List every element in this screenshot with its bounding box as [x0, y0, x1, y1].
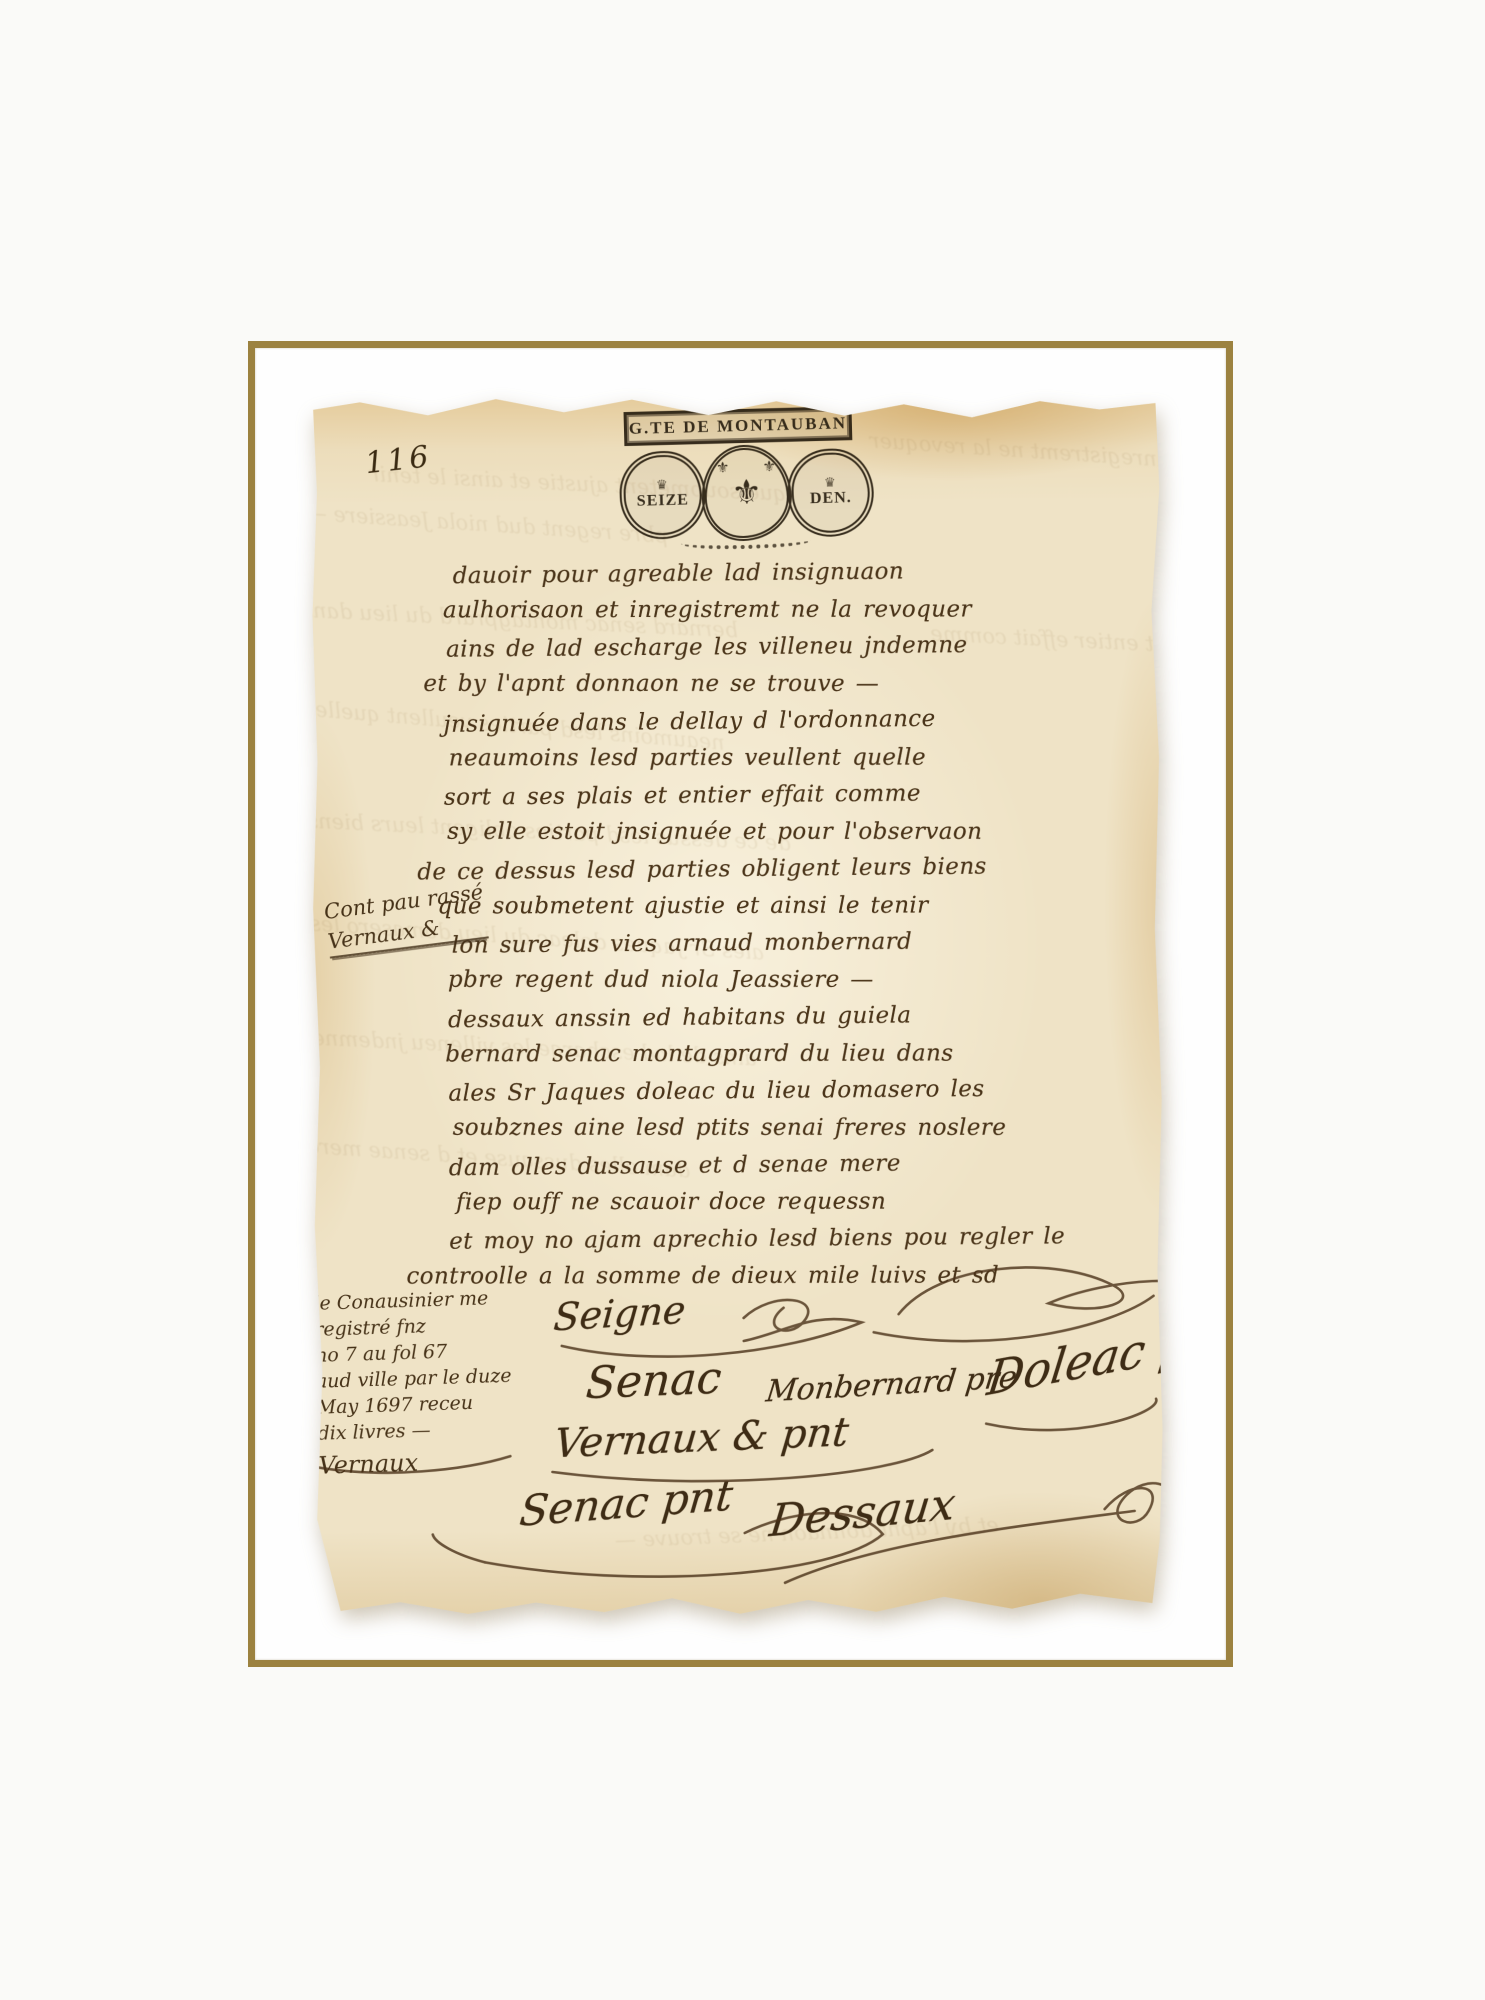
crown-icon: ♛: [656, 480, 669, 492]
flourish-tail: [433, 1534, 485, 1562]
fleur-de-lis-icon: ⚜: [716, 458, 730, 476]
crown-icon: ♛: [824, 478, 837, 490]
manuscript-line: dauoir pour agreable lad insignuaon: [453, 551, 1103, 595]
manuscript-line: jnsignuée dans le dellay d l'ordonnance: [443, 699, 1103, 744]
manuscript-line: fiep ouff ne scauoir doce requessn: [456, 1183, 1106, 1221]
flourish-knot: [744, 1300, 809, 1331]
manuscript-line: et by l'apnt donnaon ne se trouve —: [423, 666, 1103, 703]
stamp-left-value: SEIZE: [637, 491, 690, 510]
signature: Dessaux: [767, 1478, 958, 1547]
manuscript-line: que soubmetent ajustie et ainsi le tenir: [437, 887, 1104, 925]
fleur-de-lis-icon: ⚜: [762, 457, 776, 475]
manuscript-line: ains de lad escharge les villeneu jndemn…: [446, 626, 1103, 669]
manuscript-line: neaumoins lesd parties veullent quelle: [449, 739, 1104, 777]
signature: Seigne: [552, 1288, 687, 1340]
manuscript-line: sy elle estoit jnsignuée et pour l'obser…: [447, 814, 1104, 851]
document-paper-wrapper: pbre regent dud niola Jeassiere —bernard…: [309, 391, 1165, 1617]
signature: Vernaux & pnt: [552, 1409, 851, 1467]
photograph-of-antique-document: { "document": { "inventory_number": "116…: [0, 0, 1485, 2000]
flourish-underline: [986, 1399, 1156, 1431]
manuscript-line: bernard senac montagprard du lieu dans: [445, 1035, 1105, 1073]
folio-number: 116: [363, 439, 433, 481]
body-text: dauoir pour agreable lad insignuaonaulho…: [403, 553, 1107, 1297]
antique-paper-sheet: pbre regent dud niola Jeassiere —bernard…: [309, 391, 1165, 1617]
manuscript-line: de ce dessus lesd parties obligent leurs…: [417, 847, 1104, 891]
manuscript-line: sort a ses plais et entier effait comme: [444, 774, 1104, 817]
stamp-left-medallion: ♛ SEIZE: [619, 450, 707, 540]
signature: Senac pnt: [517, 1470, 735, 1536]
fiscal-tax-stamp: G.TE DE MONTAUBAN ♛ SEIZE ⚜ ⚜ ⚜ ♛ DEN.: [608, 405, 881, 547]
manuscript-line: pbre regent dud niola Jeassiere —: [448, 962, 1105, 999]
stamp-right-value: DEN.: [810, 489, 852, 508]
fleur-de-lis-icon: ⚜: [731, 478, 762, 509]
stamp-base-ornament: [681, 533, 811, 550]
margin-note-line: dix livres —: [317, 1415, 513, 1447]
manuscript-line: dam olles dussause et d senae mere: [449, 1143, 1106, 1187]
margin-note-lower: le Conausinier meregistré fnzno 7 au fol…: [313, 1285, 514, 1479]
manuscript-line: dessaux anssin ed habitans du guiela: [448, 995, 1105, 1039]
stamp-right-medallion: ♛ DEN.: [787, 448, 875, 538]
stamp-header-banner: G.TE DE MONTAUBAN: [624, 406, 853, 446]
manuscript-line: soubznes aine lesd ptits senai freres no…: [453, 1110, 1106, 1147]
manuscript-line: lon sure fus vies arnaud monbernard: [452, 922, 1105, 965]
signature: Senac: [584, 1353, 723, 1410]
manuscript-line: controolle a la somme de dieux mile luiv…: [406, 1257, 1106, 1295]
manuscript-line: aulhorisaon et inregistremt ne la revoqu…: [443, 591, 1103, 629]
bleed-through-text: aulhorisaon et inregistremt ne la revoqu…: [869, 428, 1323, 481]
margin-note-line: Vernaux: [318, 1447, 514, 1479]
signature: Monbernard pre: [764, 1360, 1019, 1410]
flourish-paraphe: [1105, 1483, 1166, 1522]
stamp-center-ornament: ⚜ ⚜ ⚜: [700, 444, 792, 542]
manuscript-line: et moy no ajam aprechio lesd biens pou r…: [449, 1218, 1106, 1261]
manuscript-line: ales Sr Jaques doleac du lieu domasero l…: [448, 1070, 1105, 1113]
